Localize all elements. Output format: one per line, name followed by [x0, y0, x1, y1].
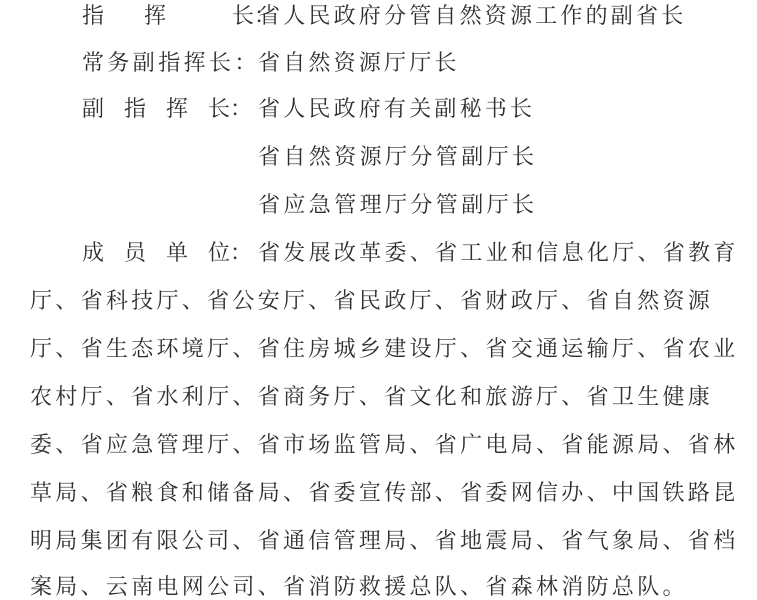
label-char: 位： — [208, 241, 252, 267]
label-char: 长： — [208, 97, 252, 123]
label-char: 挥 — [144, 4, 232, 30]
members-line: 委、省应急管理厅、省市场监管局、省广电局、省能源局、省林 — [30, 433, 738, 459]
deputy-value-1: 省人民政府有关副秘书长 — [258, 97, 535, 122]
commander-label: 指挥长： — [82, 4, 258, 30]
label-char: 成 — [82, 241, 124, 267]
deputy-label: 副指挥长： — [82, 97, 258, 123]
members-first-line: 省发展改革委、省工业和信息化厅、省教育 — [258, 241, 739, 266]
members-label: 成员单位： — [82, 241, 258, 267]
commander-value: 省人民政府分管自然资源工作的副省长 — [258, 4, 686, 29]
members-line: 厅、省科技厅、省公安厅、省民政厅、省财政厅、省自然资源 — [30, 289, 713, 315]
label-char: 指 — [82, 4, 144, 30]
executive-deputy-row: 常务副指挥长：省自然资源厅厅长 — [82, 51, 460, 77]
deputy-value-2: 省自然资源厅分管副厅长 — [258, 145, 537, 171]
members-line: 厅、省生态环境厅、省住房城乡建设厅、省交通运输厅、省农业 — [30, 337, 738, 363]
label-char: 单 — [166, 241, 208, 267]
members-line: 草局、省粮食和储备局、省委宣传部、省委网信办、中国铁路昆 — [30, 481, 738, 507]
executive-deputy-label: 常务副指挥长： — [82, 51, 258, 77]
members-line: 明局集团有限公司、省通信管理局、省地震局、省气象局、省档 — [30, 529, 738, 555]
label-char: 员 — [124, 241, 166, 267]
executive-deputy-value: 省自然资源厅厅长 — [258, 51, 460, 76]
label-char: 挥 — [166, 97, 208, 123]
commander-row: 指挥长： 省人民政府分管自然资源工作的副省长 — [82, 4, 686, 30]
deputy-value-3: 省应急管理厅分管副厅长 — [258, 193, 537, 219]
deputy-row: 副指挥长： 省人民政府有关副秘书长 — [82, 97, 535, 123]
members-row: 成员单位： 省发展改革委、省工业和信息化厅、省教育 — [82, 241, 739, 267]
document-page: 指挥长： 省人民政府分管自然资源工作的副省长 常务副指挥长：省自然资源厅厅长 副… — [0, 0, 757, 600]
members-line: 农村厅、省水利厅、省商务厅、省文化和旅游厅、省卫生健康 — [30, 385, 713, 411]
label-char: 指 — [124, 97, 166, 123]
members-line: 案局、云南电网公司、省消防救援总队、省森林消防总队。 — [30, 575, 688, 600]
label-char: 副 — [82, 97, 124, 123]
